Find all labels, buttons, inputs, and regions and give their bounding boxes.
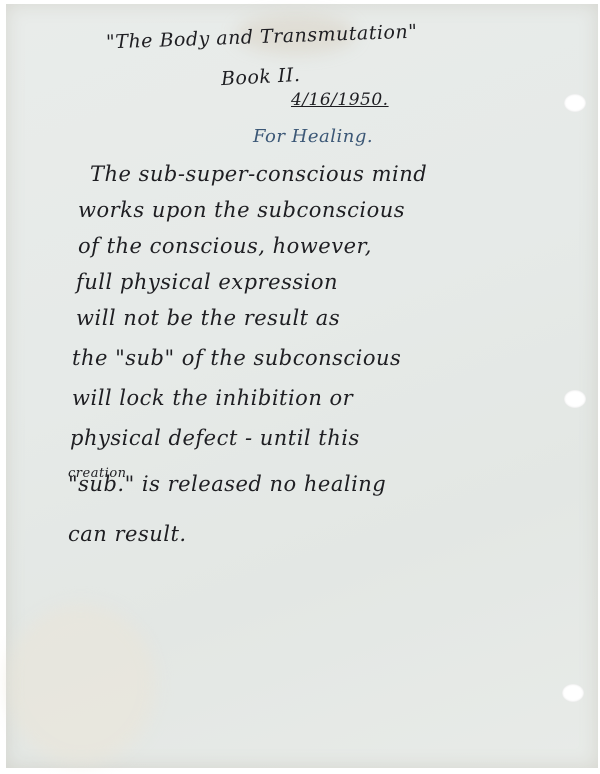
body-line: full physical expression	[76, 270, 338, 294]
body-line: of the conscious, however,	[78, 234, 372, 258]
body-line: can result.	[68, 522, 187, 546]
inserted-word: creation	[68, 466, 127, 481]
document-date: 4/16/1950.	[291, 90, 389, 110]
document-page: "The Body and Transmutation" Book II. 4/…	[6, 4, 598, 768]
paper-stain	[6, 604, 156, 764]
book-number: Book II.	[220, 64, 300, 90]
body-line: the "sub" of the subconscious	[72, 346, 401, 370]
body-line: works upon the subconscious	[78, 198, 405, 222]
body-line: will not be the result as	[76, 306, 340, 330]
punch-hole	[564, 390, 586, 408]
body-line: The sub-super-conscious mind	[90, 162, 427, 186]
body-line: will lock the inhibition or	[72, 386, 353, 410]
punch-hole	[564, 94, 586, 112]
punch-hole	[562, 684, 584, 702]
document-subtitle: For Healing.	[253, 126, 373, 147]
body-line: physical defect - until this	[70, 426, 360, 450]
